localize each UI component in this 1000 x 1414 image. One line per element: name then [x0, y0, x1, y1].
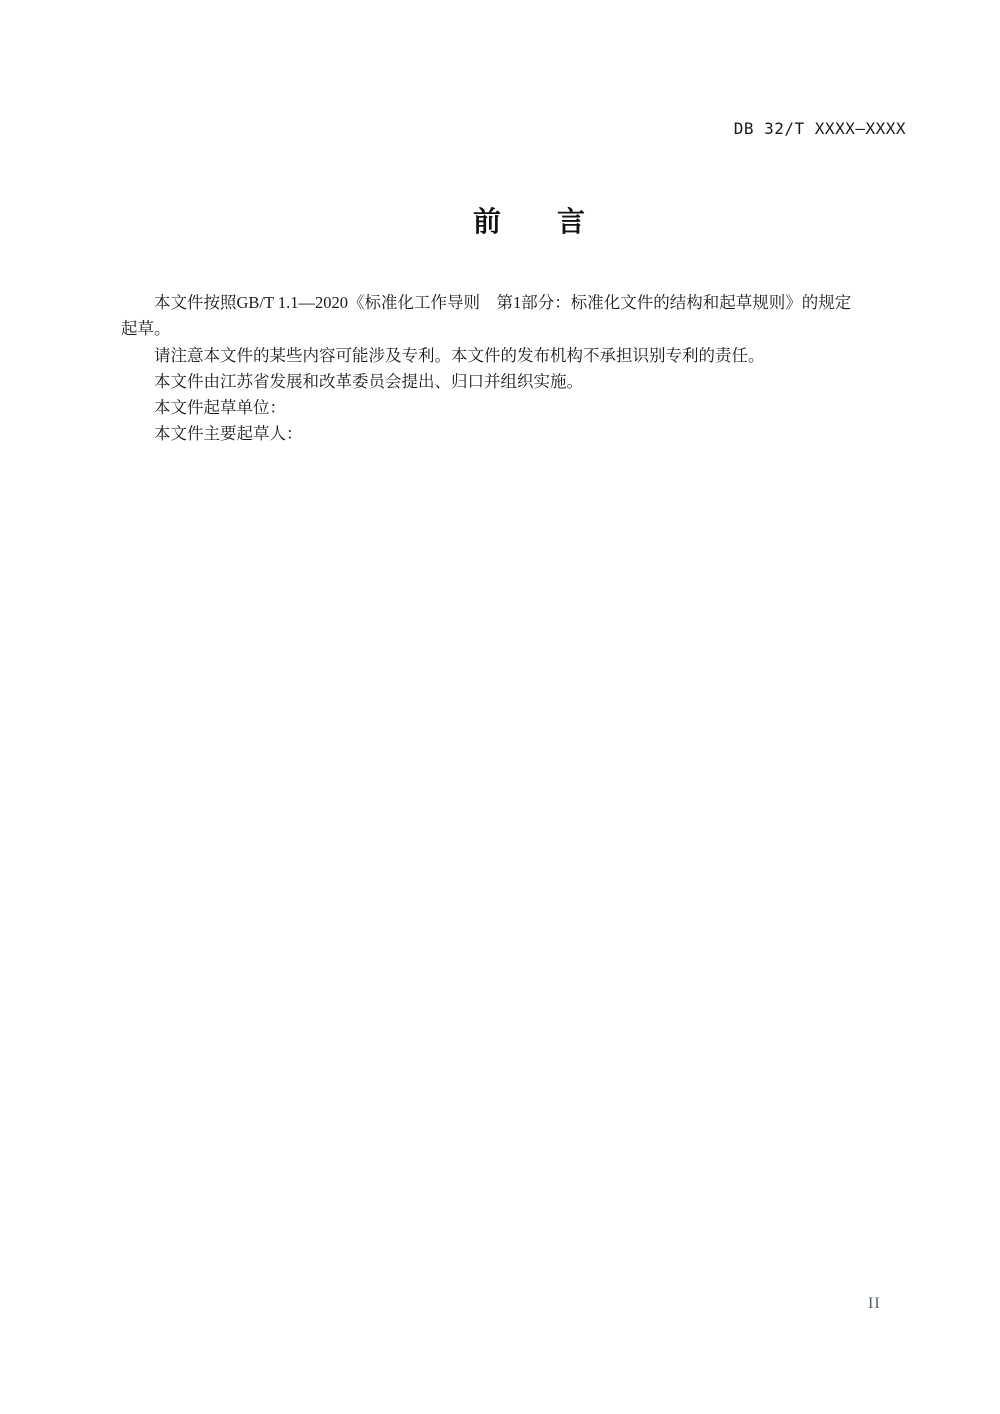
body-line-4: 本文件由江苏省发展和改革委员会提出、归口并组织实施。 [121, 369, 911, 395]
body-line-2: 起草。 [121, 316, 911, 342]
body-line-6: 本文件主要起草人： [121, 421, 911, 447]
page-title: 前 言 [29, 205, 1000, 239]
document-number: DB 32/T XXXX—XXXX [734, 119, 906, 138]
document-page: DB 32/T XXXX—XXXX 前 言 本文件按照GB/T 1.1—2020… [0, 0, 1000, 1414]
body-line-5: 本文件起草单位： [121, 395, 911, 421]
foreword-body: 本文件按照GB/T 1.1—2020《标准化工作导则 第1部分：标准化文件的结构… [121, 290, 911, 448]
body-line-1: 本文件按照GB/T 1.1—2020《标准化工作导则 第1部分：标准化文件的结构… [121, 290, 911, 316]
page-number: II [868, 1295, 881, 1313]
body-line-3: 请注意本文件的某些内容可能涉及专利。本文件的发布机构不承担识别专利的责任。 [121, 343, 911, 369]
